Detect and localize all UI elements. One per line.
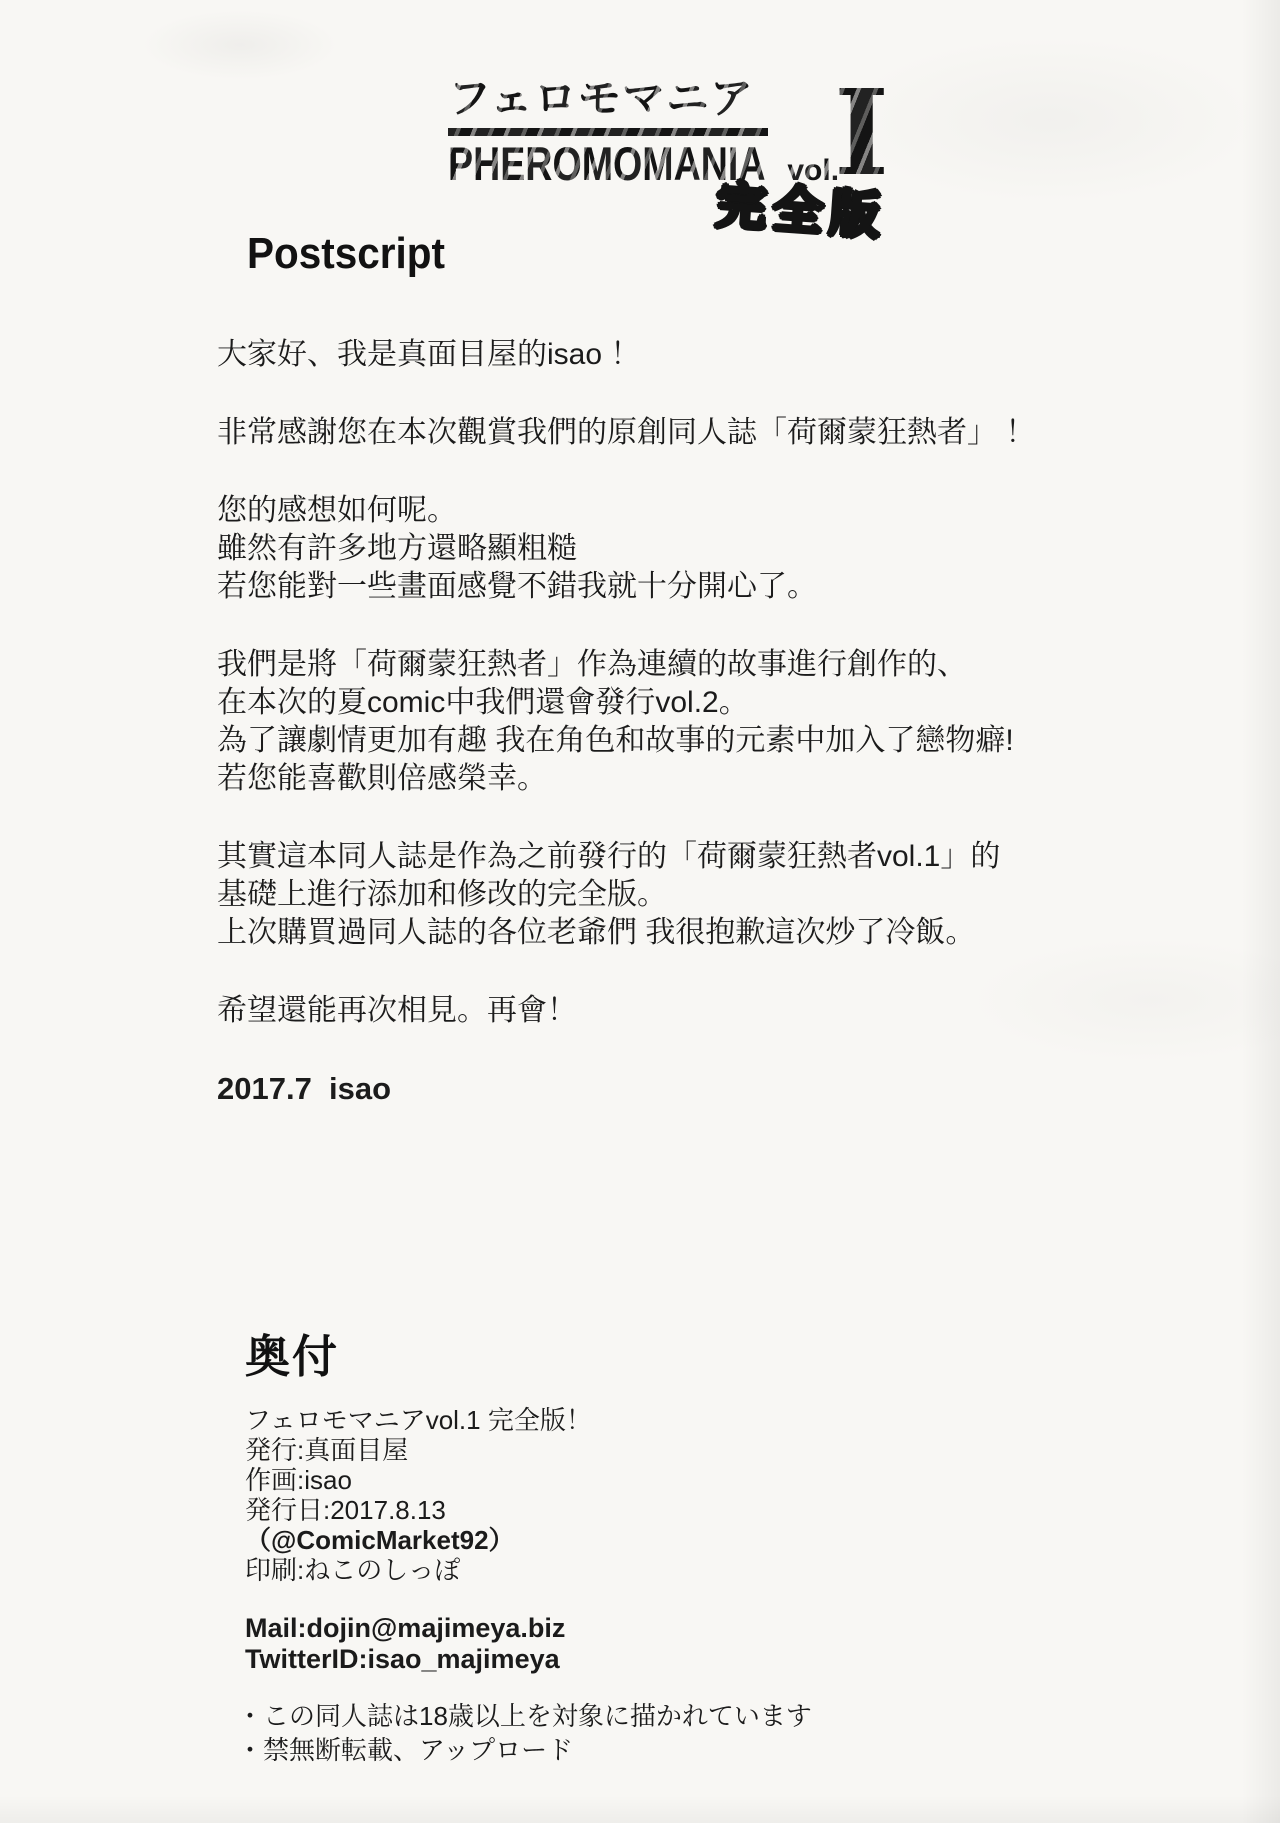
title-vol-numeral: I bbox=[834, 74, 889, 192]
text-line: ・禁無断転載、アップロード bbox=[237, 1733, 1045, 1767]
colophon-section: 奥付 フェロモマニアvol.1 完全版！発行:真面目屋作画:isao発行日:20… bbox=[245, 1334, 1045, 1767]
text-line: 我們是將「荷爾蒙狂熱者」作為連續的故事進行創作的、 bbox=[217, 646, 1177, 684]
text-line: 若您能對一些畫面感覺不錯我就十分開心了。 bbox=[217, 568, 1177, 606]
colophon-heading: 奥付 bbox=[245, 1334, 1045, 1379]
text-line: ・この同人誌は18歳以上を対象に描かれています bbox=[237, 1699, 1045, 1733]
postscript-paragraph: 其實這本同人誌是作為之前發行的「荷爾蒙狂熱者vol.1」的基礎上進行添加和修改的… bbox=[217, 838, 1177, 952]
text-line: 若您能喜歡則倍感榮幸。 bbox=[217, 760, 1177, 798]
text-line: 為了讓劇情更加有趣 我在角色和故事的元素中加入了戀物癖! bbox=[217, 722, 1177, 760]
text-line: 其實這本同人誌是作為之前發行的「荷爾蒙狂熱者vol.1」的 bbox=[217, 838, 1177, 876]
title-logo: フェロモマニア PHEROMOMANIA vol. I 完全版 bbox=[448, 78, 918, 253]
text-line: 希望還能再次相見。再會！ bbox=[217, 992, 1177, 1030]
text-line: 大家好、我是真面目屋的isao ！ bbox=[217, 336, 1177, 374]
text-line: 您的感想如何呢。 bbox=[217, 492, 1177, 530]
title-underline bbox=[446, 128, 768, 136]
text-line: 在本次的夏comic中我們還會發行vol.2。 bbox=[217, 684, 1177, 722]
postscript-paragraph: 我們是將「荷爾蒙狂熱者」作為連續的故事進行創作的、在本次的夏comic中我們還會… bbox=[217, 646, 1177, 798]
text-line: 発行日:2017.8.13 bbox=[245, 1495, 1045, 1525]
postscript-paragraph: 大家好、我是真面目屋的isao ！ bbox=[217, 336, 1177, 374]
postscript-paragraph: 您的感想如何呢。雖然有許多地方還略顯粗糙若您能對一些畫面感覺不錯我就十分開心了。 bbox=[217, 492, 1177, 606]
postscript-paragraph: 希望還能再次相見。再會！ bbox=[217, 992, 1177, 1030]
text-line: 雖然有許多地方還略顯粗糙 bbox=[217, 530, 1177, 568]
text-line: TwitterID:isao_majimeya bbox=[245, 1644, 1045, 1675]
doujinshi-postscript-page: フェロモマニア PHEROMOMANIA vol. I 完全版 Postscri… bbox=[0, 0, 1280, 1823]
postscript-body: 大家好、我是真面目屋的isao ！ 非常感謝您在本次觀賞我們的原創同人誌「荷爾蒙… bbox=[217, 336, 1177, 1108]
notice-lines: ・この同人誌は18歳以上を対象に描かれています・禁無断転載、アップロード bbox=[237, 1699, 1045, 1767]
text-line: 発行:真面目屋 bbox=[245, 1435, 1045, 1465]
title-edition-stamp: 完全版 bbox=[714, 180, 888, 242]
text-line: 非常感謝您在本次觀賞我們的原創同人誌「荷爾蒙狂熱者」 ！ bbox=[217, 414, 1177, 452]
text-line: Mail:dojin@majimeya.biz bbox=[245, 1613, 1045, 1644]
colophon-lines: フェロモマニアvol.1 完全版！発行:真面目屋作画:isao発行日:2017.… bbox=[245, 1405, 1045, 1585]
text-line: 基礎上進行添加和修改的完全版。 bbox=[217, 876, 1177, 914]
title-katakana: フェロモマニア bbox=[448, 78, 754, 121]
text-line: フェロモマニアvol.1 完全版！ bbox=[245, 1405, 1045, 1435]
signoff-date-author: 2017.7 isao bbox=[217, 1070, 1177, 1108]
postscript-paragraph: 非常感謝您在本次觀賞我們的原創同人誌「荷爾蒙狂熱者」 ！ bbox=[217, 414, 1177, 452]
text-line: （@ComicMarket92） bbox=[245, 1525, 1045, 1555]
title-latin-row: PHEROMOMANIA vol. bbox=[448, 140, 839, 187]
text-line: 作画:isao bbox=[245, 1465, 1045, 1495]
contact-lines: Mail:dojin@majimeya.bizTwitterID:isao_ma… bbox=[245, 1613, 1045, 1675]
text-line: 上次購買過同人誌的各位老爺們 我很抱歉這次炒了冷飯。 bbox=[217, 914, 1177, 952]
postscript-heading: Postscript bbox=[247, 232, 445, 276]
text-line: 印刷:ねこのしっぽ bbox=[245, 1555, 1045, 1585]
